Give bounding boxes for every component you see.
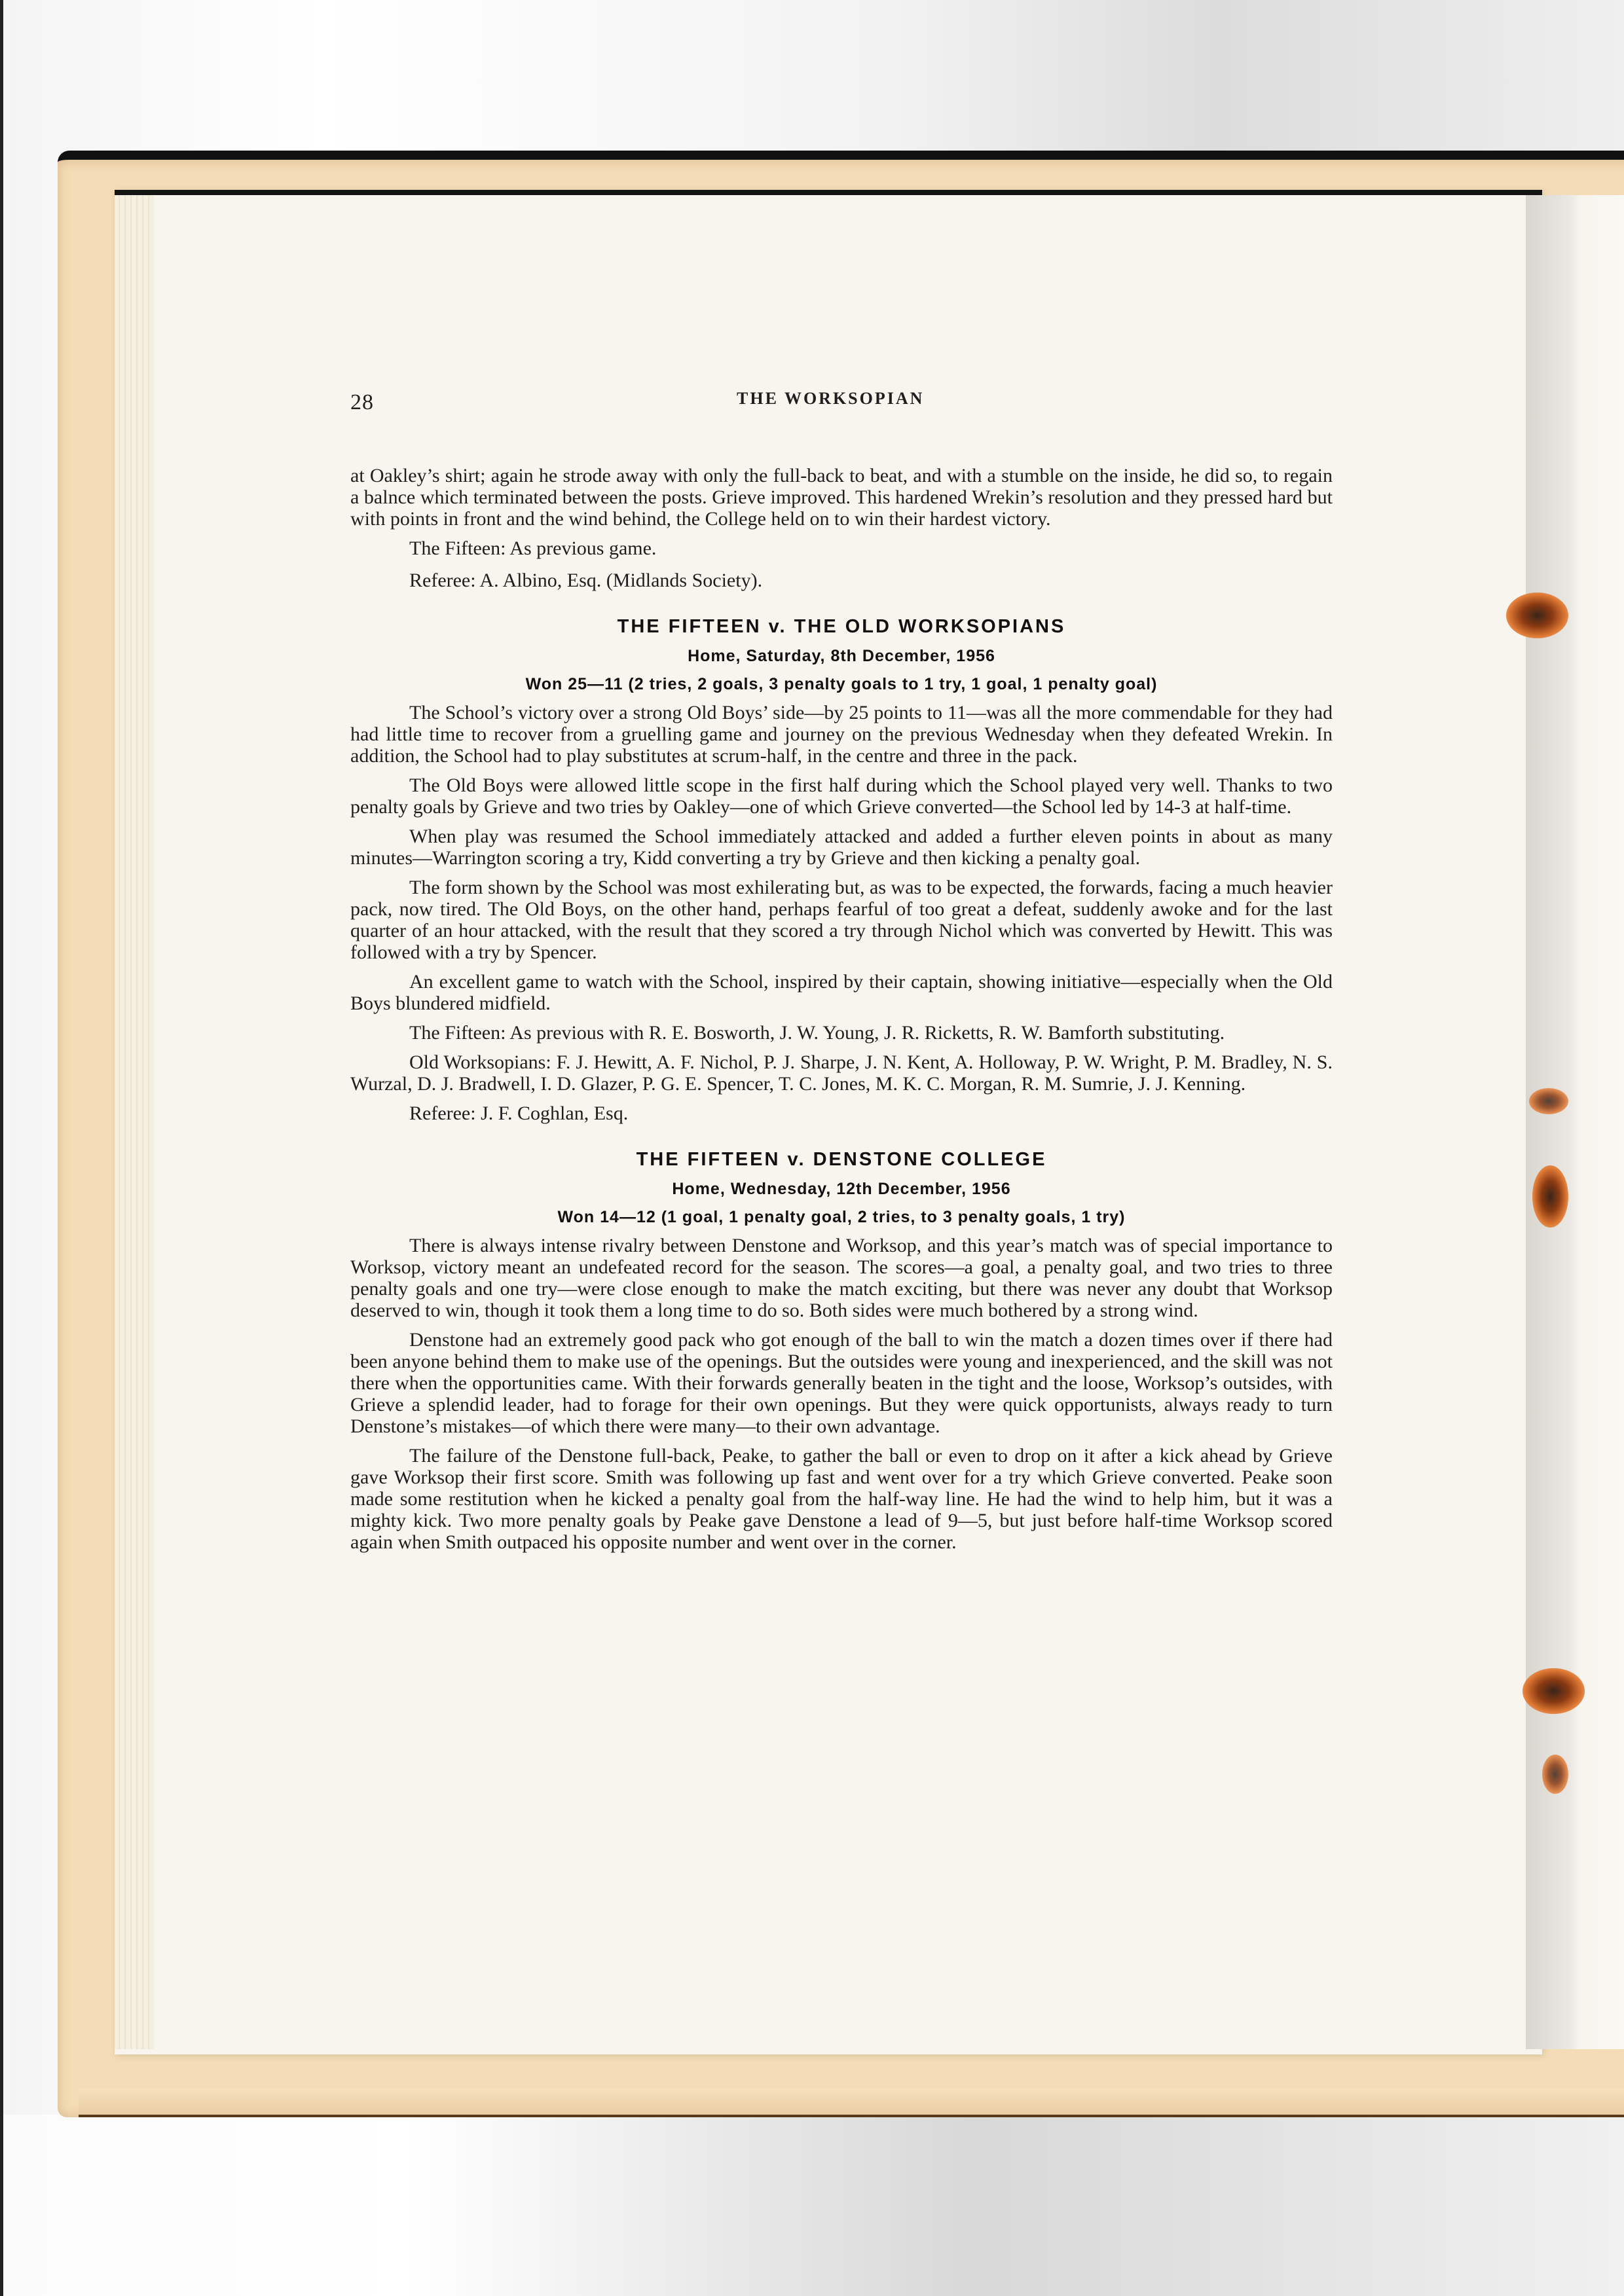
foxing-stain — [1522, 1668, 1585, 1714]
page-number: 28 — [350, 390, 374, 415]
match-venue: Home, Wednesday, 12th December, 1956 — [350, 1180, 1333, 1199]
match-report-denstone-college: THE FIFTEEN v. DENSTONE COLLEGE Home, We… — [350, 1149, 1333, 1553]
journal-title: THE WORKSOPIAN — [737, 389, 924, 409]
match-venue: Home, Saturday, 8th December, 1956 — [350, 647, 1333, 666]
report-paragraph: The Old Boys were allowed little scope i… — [350, 774, 1333, 818]
report-paragraph: The form shown by the School was most ex… — [350, 877, 1333, 963]
scan-edge — [0, 0, 3, 2296]
match-result: Won 14—12 (1 goal, 1 penalty goal, 2 tri… — [350, 1208, 1333, 1227]
report-paragraph: When play was resumed the School immedia… — [350, 826, 1333, 869]
match-title: THE FIFTEEN v. THE OLD WORKSOPIANS — [350, 616, 1333, 638]
cover-bottom-edge — [79, 2088, 1624, 2117]
team-note: The Fifteen: As previous with R. E. Bosw… — [350, 1022, 1333, 1044]
report-paragraph: The failure of the Denstone full-back, P… — [350, 1445, 1333, 1553]
foxing-stain — [1532, 1165, 1568, 1228]
match-result: Won 25—11 (2 tries, 2 goals, 3 penalty g… — [350, 675, 1333, 694]
report-paragraph: An excellent game to watch with the Scho… — [350, 971, 1333, 1014]
continuation-paragraph: at Oakley’s shirt; again he strode away … — [350, 465, 1333, 530]
referee-note: Referee: J. F. Coghlan, Esq. — [350, 1102, 1333, 1124]
page-stack-edges — [115, 195, 154, 2049]
match-title: THE FIFTEEN v. DENSTONE COLLEGE — [350, 1149, 1333, 1171]
match-report-old-worksopians: THE FIFTEEN v. THE OLD WORKSOPIANS Home,… — [350, 616, 1333, 1124]
opponents-list: Old Worksopians: F. J. Hewitt, A. F. Nic… — [350, 1051, 1333, 1095]
team-note: The Fifteen: As previous game. — [350, 538, 1333, 559]
foxing-stain — [1506, 592, 1568, 638]
report-paragraph: There is always intense rivalry between … — [350, 1235, 1333, 1321]
foxing-stain — [1529, 1088, 1568, 1114]
book-gutter — [1526, 195, 1624, 2049]
foxing-stain — [1542, 1755, 1568, 1794]
report-paragraph: Denstone had an extremely good pack who … — [350, 1329, 1333, 1437]
running-head: 28 THE WORKSOPIAN — [350, 380, 1333, 419]
referee-note: Referee: A. Albino, Esq. (Midlands Socie… — [350, 570, 1333, 591]
report-paragraph: The School’s victory over a strong Old B… — [350, 702, 1333, 767]
page-text: 28 THE WORKSOPIAN at Oakley’s shirt; aga… — [350, 380, 1333, 1561]
scanner-background — [0, 2115, 1624, 2296]
